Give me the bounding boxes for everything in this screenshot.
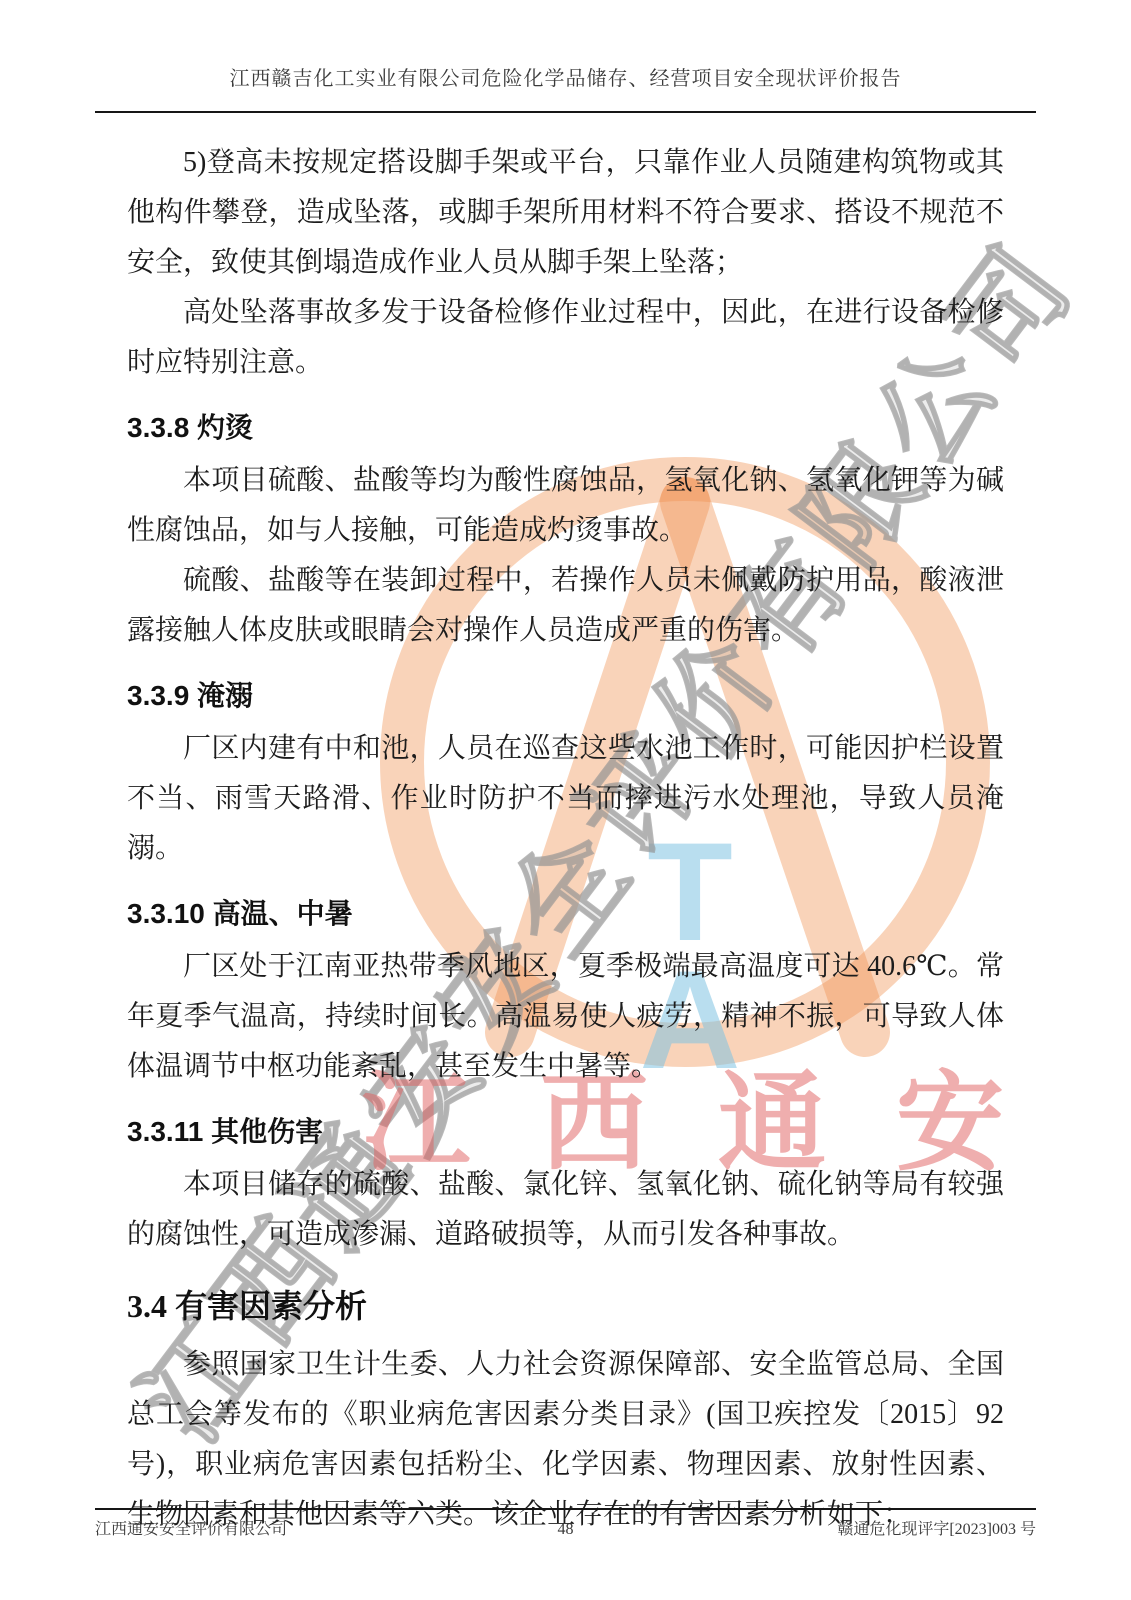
page-footer: 江西通安安全评价有限公司 48 赣通危化现评字[2023]003 号 (95, 1508, 1036, 1539)
body-paragraph: 5)登高未按规定搭设脚手架或平台，只靠作业人员随建构筑物或其他构件攀登，造成坠落… (127, 138, 1004, 288)
header-rule (95, 111, 1036, 113)
body-paragraph: 厂区处于江南亚热带季风地区，夏季极端最高温度可达 40.6℃。常年夏季气温高，持… (127, 942, 1004, 1092)
document-page: T A 江西通安安全评价有限公司 江西通安 江西赣吉化工实业有限公司危险化学品储… (0, 0, 1131, 1600)
section-heading-3-3-10: 3.3.10 高温、中暑 (127, 888, 1004, 940)
section-heading-3-3-8: 3.3.8 灼烫 (127, 402, 1004, 454)
body-paragraph: 硫酸、盐酸等在装卸过程中，若操作人员未佩戴防护用品，酸液泄露接触人体皮肤或眼睛会… (127, 556, 1004, 656)
section-heading-3-3-11: 3.3.11 其他伤害 (127, 1106, 1004, 1158)
footer-company: 江西通安安全评价有限公司 (95, 1516, 506, 1539)
section-heading-3-4: 3.4 有害因素分析 (127, 1278, 1004, 1334)
body-paragraph: 本项目硫酸、盐酸等均为酸性腐蚀品，氢氧化钠、氢氧化钾等为碱性腐蚀品，如与人接触，… (127, 456, 1004, 556)
section-heading-3-3-9: 3.3.9 淹溺 (127, 670, 1004, 722)
document-body: 5)登高未按规定搭设脚手架或平台，只靠作业人员随建构筑物或其他构件攀登，造成坠落… (127, 138, 1004, 1540)
report-title: 江西赣吉化工实业有限公司危险化学品储存、经营项目安全现状评价报告 (0, 62, 1131, 91)
body-paragraph: 本项目储存的硫酸、盐酸、氯化锌、氢氧化钠、硫化钠等局有较强的腐蚀性，可造成渗漏、… (127, 1160, 1004, 1260)
footer-doc-number: 赣通危化现评字[2023]003 号 (626, 1516, 1037, 1539)
body-paragraph: 高处坠落事故多发于设备检修作业过程中，因此，在进行设备检修时应特别注意。 (127, 288, 1004, 388)
page-header: 江西赣吉化工实业有限公司危险化学品储存、经营项目安全现状评价报告 (0, 0, 1131, 91)
body-paragraph: 厂区内建有中和池，人员在巡查这些水池工作时，可能因护栏设置不当、雨雪天路滑、作业… (127, 724, 1004, 874)
page-number: 48 (506, 1521, 626, 1539)
